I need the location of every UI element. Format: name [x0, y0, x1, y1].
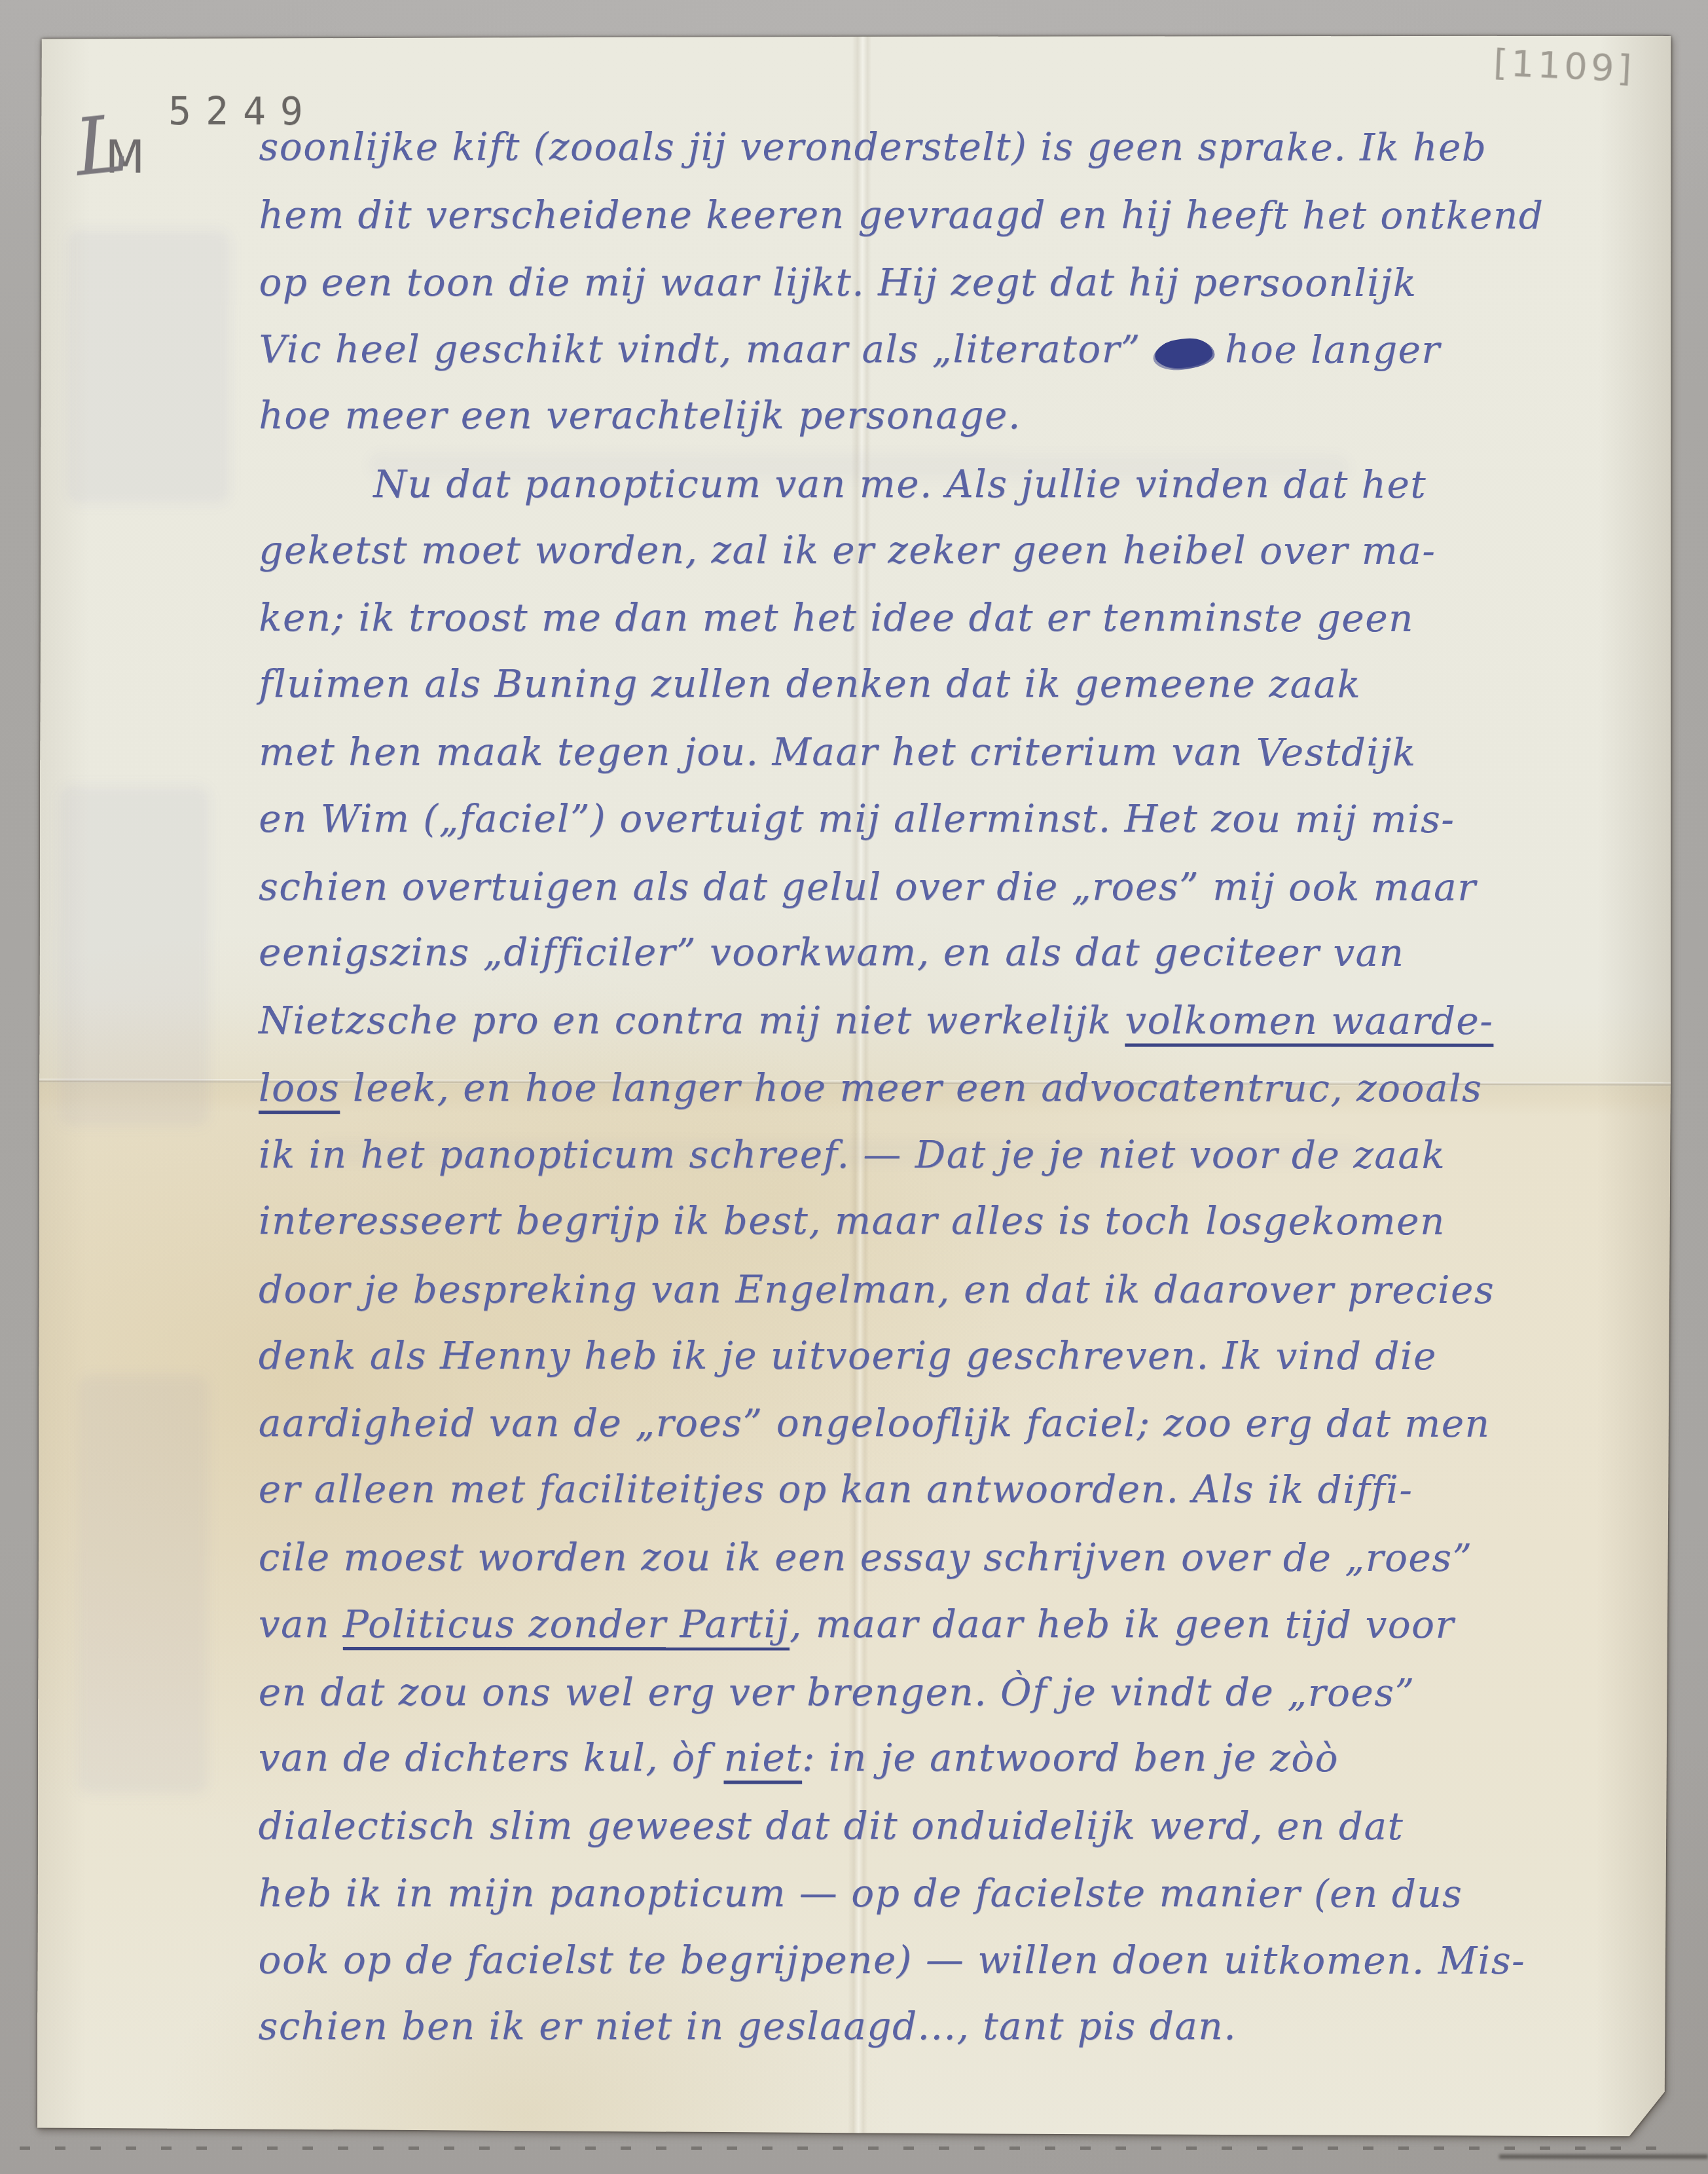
- letter-line: geketst moet worden, zal ik er zeker gee…: [259, 517, 1666, 584]
- letter-text: heb ik in mijn panopticum — op de faciel…: [259, 1871, 1463, 1916]
- letter-line: met hen maak tegen jou. Maar het criteri…: [259, 718, 1666, 785]
- letter-text: schien overtuigen als dat gelul over die…: [259, 864, 1476, 909]
- letter-text: soonlijke kift (zooals jij veronderstelt…: [259, 124, 1487, 170]
- letter-text: met hen maak tegen jou. Maar het criteri…: [259, 729, 1416, 774]
- letter-text: ken; ik troost me dan met het idee dat e…: [259, 595, 1414, 640]
- underlined-phrase: Politicus zonder Partij: [343, 1602, 790, 1646]
- letter-line: hoe meer een verachtelijk personage.: [259, 382, 1666, 449]
- letter-line: schien ben ik er niet in geslaagd..., ta…: [258, 1993, 1665, 2060]
- ink-showthrough: [59, 785, 210, 1126]
- letter-line: cile moest worden zou ik een essay schri…: [259, 1523, 1666, 1591]
- letter-line: eenigszins „difficiler” voorkwam, en als…: [259, 919, 1666, 986]
- screenshot-root: LM5249 [1109] soonlijke kift (zooals jij…: [0, 0, 1708, 2174]
- letter-text: leek, en hoe langer hoe meer een advocat…: [340, 1065, 1482, 1111]
- letter-text: ik in het panopticum schreef. — Dat je j…: [259, 1132, 1445, 1177]
- letter-line: op een toon die mij waar lijkt. Hij zegt…: [259, 249, 1666, 316]
- letter-text: op een toon die mij waar lijkt. Hij zegt…: [259, 260, 1417, 305]
- letter-text: , maar daar heb ik geen tijd voor: [790, 1602, 1455, 1646]
- ink-blot: [1154, 336, 1213, 369]
- letter-line: soonlijke kift (zooals jij veronderstelt…: [259, 113, 1666, 181]
- letter-text: Vic heel geschikt vindt, maar als „liter…: [259, 326, 1154, 371]
- letter-line: Nu dat panopticum van me. Als jullie vin…: [259, 450, 1666, 517]
- letter-text: fluimen als Buning zullen denken dat ik …: [259, 661, 1361, 707]
- letter-text: en Wim („faciel”) overtuigt mij allermin…: [259, 796, 1455, 841]
- letter-text: hoe langer: [1212, 327, 1441, 371]
- letter-line: door je bespreking van Engelman, en dat …: [259, 1255, 1666, 1323]
- letter-line: schien overtuigen als dat gelul over die…: [259, 853, 1666, 920]
- letter-line: interesseert begrijp ik best, maar alles…: [259, 1187, 1666, 1255]
- ink-showthrough: [67, 229, 231, 504]
- letter-text: hem dit verscheidene keeren gevraagd en …: [259, 192, 1544, 237]
- paper-sheet: LM5249 [1109] soonlijke kift (zooals jij…: [37, 32, 1673, 2139]
- letter-text: dialectisch slim geweest dat dit onduide…: [259, 1803, 1404, 1848]
- letter-text: en dat zou ons wel erg ver brengen. Òf j…: [259, 1669, 1415, 1714]
- letter-text: Nietzsche pro en contra mij niet werkeli…: [259, 997, 1125, 1042]
- scan-background: LM5249 [1109] soonlijke kift (zooals jij…: [0, 0, 1708, 2174]
- underlined-phrase: niet: [723, 1735, 802, 1780]
- letter-text: van: [259, 1602, 343, 1646]
- stamp-monogram: LM: [75, 101, 145, 192]
- scanner-smudge-bar: [1499, 2154, 1708, 2159]
- letter-text: van de dichters kul, òf: [259, 1735, 724, 1780]
- stamp-monogram-letter: L: [71, 98, 132, 194]
- letter-line: heb ik in mijn panopticum — op de faciel…: [259, 1860, 1666, 1927]
- letter-line: ik in het panopticum schreef. — Dat je j…: [259, 1120, 1666, 1188]
- letter-text: aardigheid van de „roes” ongelooflijk fa…: [259, 1400, 1491, 1445]
- letter-line: aardigheid van de „roes” ongelooflijk fa…: [259, 1389, 1666, 1456]
- letter-line: hem dit verscheidene keeren gevraagd en …: [259, 181, 1666, 248]
- letter-body: soonlijke kift (zooals jij veronderstelt…: [258, 114, 1666, 2061]
- letter-text: : in je antwoord ben je zòò: [802, 1735, 1339, 1780]
- pencil-page-number: [1109]: [1493, 41, 1636, 90]
- letter-line: loos leek, en hoe langer hoe meer een ad…: [259, 1054, 1666, 1122]
- underlined-phrase: loos: [259, 1065, 340, 1110]
- letter-text: hoe meer een verachtelijk personage.: [259, 393, 1021, 437]
- letter-text: door je bespreking van Engelman, en dat …: [259, 1266, 1495, 1312]
- letter-line: en dat zou ons wel erg ver brengen. Òf j…: [259, 1658, 1666, 1725]
- letter-text: schien ben ik er niet in geslaagd..., ta…: [258, 2004, 1237, 2049]
- letter-line: Vic heel geschikt vindt, maar als „liter…: [259, 315, 1666, 382]
- ink-showthrough: [77, 1375, 209, 1794]
- letter-line: fluimen als Buning zullen denken dat ik …: [259, 650, 1666, 718]
- letter-line: ken; ik troost me dan met het idee dat e…: [259, 583, 1666, 651]
- letter-line: dialectisch slim geweest dat dit onduide…: [259, 1792, 1666, 1859]
- letter-text: eenigszins „difficiler” voorkwam, en als…: [259, 930, 1404, 975]
- letter-line: er alleen met faciliteitjes op kan antwo…: [259, 1456, 1666, 1523]
- letter-line: Nietzsche pro en contra mij niet werkeli…: [259, 986, 1666, 1054]
- letter-text: ook op de facielst te begrijpene) — will…: [259, 1937, 1526, 1982]
- letter-text: Nu dat panopticum van me. Als jullie vin…: [373, 462, 1426, 507]
- letter-text: er alleen met faciliteitjes op kan antwo…: [259, 1467, 1413, 1512]
- letter-line: denk als Henny heb ik je uitvoerig gesch…: [259, 1322, 1666, 1390]
- letter-line: ook op de facielst te begrijpene) — will…: [259, 1926, 1666, 1993]
- scanner-smudge-line: [20, 2146, 1656, 2150]
- letter-text: geketst moet worden, zal ik er zeker gee…: [259, 528, 1436, 573]
- letter-line: van Politicus zonder Partij, maar daar h…: [259, 1591, 1666, 1658]
- letter-text: cile moest worden zou ik een essay schri…: [259, 1534, 1473, 1579]
- letter-text: denk als Henny heb ik je uitvoerig gesch…: [259, 1333, 1437, 1378]
- underlined-phrase: volkomen waarde-: [1125, 998, 1493, 1042]
- letter-text: interesseert begrijp ik best, maar alles…: [259, 1198, 1445, 1244]
- letter-line: en Wim („faciel”) overtuigt mij allermin…: [259, 785, 1666, 853]
- letter-line: van de dichters kul, òf niet: in je antw…: [259, 1724, 1666, 1792]
